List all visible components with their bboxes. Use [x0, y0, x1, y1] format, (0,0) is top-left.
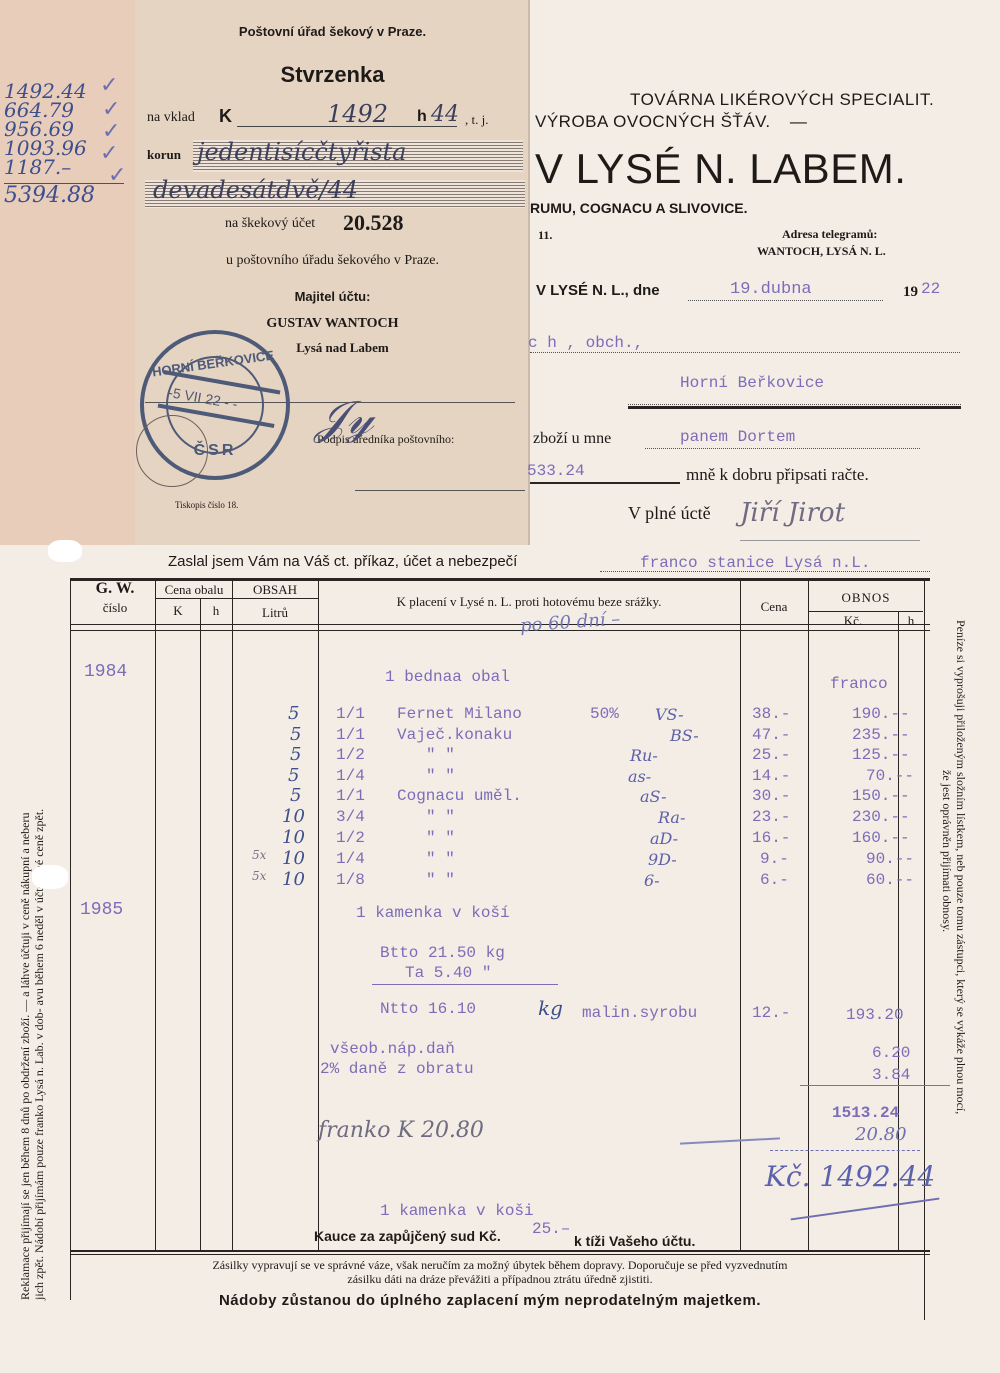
- item-prefix: 5x: [252, 869, 266, 883]
- item-note: 50%: [590, 705, 619, 723]
- item-price: 6.-: [760, 871, 789, 889]
- sender-signature: Jiří Jirot: [740, 498, 845, 528]
- letterhead-line2: VÝROBA OVOCNÝCH ŠŤÁV. —: [535, 112, 807, 132]
- item-name: Cognacu uměl.: [397, 787, 522, 805]
- item-total: 125.--: [852, 746, 910, 764]
- net-item: malin.syrobu: [582, 1004, 697, 1022]
- letterhead-city: V LYSÉ N. LABEM.: [535, 145, 906, 193]
- net-weight: Ntto 16.10: [380, 1000, 476, 1018]
- checkmark-icon: ✓: [100, 72, 118, 98]
- credit-text: mně k dobru připsati račte.: [686, 465, 869, 485]
- item-price: 9.-: [760, 850, 789, 868]
- torn-hole: [48, 540, 82, 562]
- checkmark-icon: ✓: [108, 162, 126, 188]
- recipient-field-2: [628, 404, 961, 409]
- item-total: 190.--: [852, 705, 910, 723]
- table-row: 10 3/4 " " Ra- 23.- 230.--: [0, 808, 1000, 828]
- item-price: 23.-: [752, 808, 790, 826]
- header-gw-sub: číslo: [80, 600, 150, 616]
- footer-line2: zásilku dáti na dráze převážiti a případ…: [70, 1272, 930, 1287]
- item-code: BS-: [670, 726, 699, 745]
- group-description: 1 kamenka v koší: [356, 904, 510, 922]
- item-total: 160.--: [852, 829, 910, 847]
- office-line: u poštovního úřadu šekového v Praze.: [135, 253, 530, 269]
- item-qty: 5: [288, 765, 299, 786]
- header-amount: OBNOS: [808, 590, 924, 606]
- invoice-document: 1492.44 664.79 956.69 1093.96 1187.– 539…: [0, 0, 1000, 1373]
- deposit-value: 25.–: [532, 1220, 570, 1238]
- side-left-text: Reklamace přijímají se jen během 8 dnů p…: [18, 570, 46, 1300]
- final-underline: [791, 1198, 940, 1221]
- tax-label: 2% daně z obratu: [320, 1060, 474, 1078]
- table-bottom-border-2: [70, 1254, 930, 1255]
- item-code: Ru-: [630, 746, 658, 765]
- item-code: aD-: [650, 829, 678, 848]
- deposit-line: na vklad K 1492 h 44 , t. j.: [147, 104, 527, 132]
- item-name: " ": [426, 767, 455, 785]
- tax-value: 6.20: [872, 1044, 910, 1062]
- owner-name: GUSTAV WANTOCH: [135, 316, 530, 332]
- final-amount: Kč. 1492.44: [765, 1160, 935, 1193]
- year-prefix: 19: [903, 284, 918, 301]
- net-total: 193.20: [846, 1006, 904, 1024]
- table-top-border: [70, 578, 930, 581]
- letterhead-line2-text: VÝROBA OVOCNÝCH ŠŤÁV.: [535, 112, 771, 131]
- shipping-value: franco stanice Lysá n.L.: [640, 554, 870, 572]
- header-gw: G. W.: [80, 580, 150, 598]
- korun-label: korun: [147, 147, 181, 163]
- amount-underline: [530, 482, 680, 484]
- header-packing-k: K: [156, 603, 200, 619]
- clerk-signature: 𝒥𝓎: [315, 390, 373, 446]
- k-label: K: [219, 106, 232, 127]
- account-label: na škekový účet: [225, 216, 315, 232]
- gross-weight: Btto 21.50 kg: [380, 944, 505, 962]
- place-label: V LYSÉ N. L., dne: [536, 282, 660, 299]
- tax-label: všeob.náp.daň: [330, 1040, 455, 1058]
- tax-underline: [800, 1085, 950, 1086]
- h-value: 44: [431, 102, 459, 127]
- item-qty: 5: [290, 744, 301, 765]
- item-size: 1/8: [336, 871, 365, 889]
- account-number: 20.528: [343, 210, 404, 236]
- header-divider: [70, 624, 930, 625]
- item-size: 1/1: [336, 726, 365, 744]
- gw-number: 1984: [84, 662, 127, 682]
- item-code: Ra-: [658, 808, 685, 827]
- item-prefix: 5x: [252, 848, 266, 862]
- letterhead-line1: TOVÁRNA LIKÉROVÝCH SPECIALIT.: [630, 90, 934, 110]
- year-suffix: 22: [921, 280, 940, 298]
- item-size: 3/4: [336, 808, 365, 826]
- item-name: " ": [426, 850, 455, 868]
- item-size: 1/1: [336, 787, 365, 805]
- header-description: K placení v Lysé n. L. proti hotovému be…: [318, 594, 740, 610]
- group-amount: franco: [830, 675, 888, 693]
- item-name: " ": [426, 829, 455, 847]
- item-total: 230.--: [852, 808, 910, 826]
- recipient-line1: c h , obch.,: [528, 334, 643, 352]
- obnos-subdivider: [808, 611, 923, 612]
- item-size: 1/4: [336, 850, 365, 868]
- item-code: aS-: [640, 787, 667, 806]
- group-description: 1 bednaa obal: [385, 668, 510, 686]
- deduction-line: [770, 1150, 920, 1151]
- recipient-field-1: [530, 352, 960, 353]
- footer-line3: Nádoby zůstanou do úplného zaplacení mým…: [60, 1292, 920, 1309]
- item-name: Vaječ.konaku: [397, 726, 512, 744]
- tare-weight: Ta 5.40 ": [405, 964, 491, 982]
- table-row: 5x 10 1/8 " " 6- 6.- 60.--: [0, 871, 1000, 891]
- stamp-impression: [136, 415, 208, 487]
- item-name: Fernet Milano: [397, 705, 522, 723]
- table-row: 10 1/2 " " aD- 16.- 160.--: [0, 829, 1000, 849]
- item-price: 25.-: [752, 746, 790, 764]
- signature-line: [355, 490, 525, 491]
- deposit-item: 1 kamenka v koši: [380, 1202, 534, 1220]
- side-right-line2: že jest oprávněn přijímati obnosy.: [940, 620, 954, 1310]
- payment-term-note: po 60 dní –: [519, 609, 621, 637]
- item-price: 47.-: [752, 726, 790, 744]
- letterhead-dash: —: [790, 112, 808, 131]
- item-qty: 10: [282, 827, 305, 848]
- item-total: 150.--: [852, 787, 910, 805]
- h-label: h: [417, 108, 427, 126]
- side-left-line2: jich zpět. Nádobí přijímám pouze franko …: [32, 570, 46, 1300]
- col-divider: [808, 580, 809, 1252]
- table-row: 5x 10 1/4 " " 9D- 9.- 90.--: [0, 850, 1000, 870]
- item-code: VS-: [655, 705, 684, 724]
- k-value: 1492: [327, 100, 388, 128]
- item-size: 1/2: [336, 829, 365, 847]
- item-qty: 5: [290, 724, 301, 745]
- gw-number: 1985: [80, 900, 123, 920]
- goods-label: zboží u mne: [533, 430, 611, 448]
- deposit-suffix: k tíži Vašeho účtu.: [574, 1233, 695, 1249]
- invoice-amount: 533.24: [527, 462, 585, 480]
- item-code: as-: [628, 767, 651, 786]
- side-right-text: Peníze si vyprošuji přiloženým složním l…: [940, 620, 968, 1310]
- side-left-rule: [70, 580, 71, 1300]
- telegram-label: Adresa telegramů:: [782, 227, 877, 242]
- item-total: 60.--: [866, 871, 914, 889]
- table-bottom-border: [70, 1250, 930, 1252]
- subtotal: 1513.24: [832, 1104, 899, 1122]
- tax-value: 3.84: [872, 1066, 910, 1084]
- item-size: 1/2: [336, 746, 365, 764]
- side-left-line1: Reklamace přijímají se jen během 8 dnů p…: [18, 570, 32, 1300]
- amount-words-2: devadesátdvě/44: [153, 176, 358, 204]
- net-price: 12.-: [752, 1004, 790, 1022]
- item-price: 30.-: [752, 787, 790, 805]
- col-divider: [318, 580, 319, 1252]
- side-right-line1: Peníze si vyprošuji přiloženým složním l…: [954, 620, 968, 1310]
- deposit-label: na vklad: [147, 110, 195, 126]
- deposit-label: Kauce za zapůjčený sud Kč.: [314, 1228, 501, 1244]
- item-qty: 5: [290, 785, 301, 806]
- item-price: 14.-: [752, 767, 790, 785]
- letterhead-products: RUMU, COGNACU A SLIVOVICE.: [530, 200, 748, 216]
- header-divider-2: [70, 630, 930, 631]
- receipt-office: Poštovní úřad šekový v Praze.: [135, 24, 530, 39]
- shipping-label: Zaslal jsem Vám na Váš ct. příkaz, účet …: [168, 553, 517, 570]
- date-value: 19.dubna: [730, 280, 812, 299]
- table-row: 5 1/1 Fernet Milano 50% VS- 38.- 190.--: [0, 705, 1000, 725]
- margin-calculation: 1492.44 664.79 956.69 1093.96 1187.– 539…: [4, 82, 114, 205]
- goods-field: [645, 448, 920, 449]
- col-divider: [924, 580, 925, 1320]
- item-price: 38.-: [752, 705, 790, 723]
- net-unit: kg: [538, 996, 563, 1020]
- signature-underline: [740, 540, 920, 541]
- item-qty: 10: [282, 806, 305, 827]
- item-qty: 10: [282, 869, 305, 890]
- header-amount-kc: Kč.: [808, 613, 898, 629]
- header-price: Cena: [740, 599, 808, 615]
- regards: V plné úctě: [628, 503, 711, 524]
- goods-by: panem Dortem: [680, 428, 795, 446]
- table-row: 5 1/1 Cognacu uměl. aS- 30.- 150.--: [0, 787, 1000, 807]
- item-code: 6-: [644, 871, 660, 890]
- item-price: 16.-: [752, 829, 790, 847]
- item-total: 70.--: [866, 767, 914, 785]
- amount-words-1: jedentisícčtyřista: [197, 138, 406, 166]
- franco-stroke: [680, 1137, 780, 1144]
- item-name: " ": [426, 746, 455, 764]
- receipt-title: Stvrzenka: [135, 62, 530, 88]
- col-divider: [155, 580, 156, 1252]
- col-divider: [200, 598, 201, 1252]
- date-field: [688, 300, 883, 301]
- torn-hole: [32, 865, 68, 889]
- franco-note: franko K 20.80: [318, 1118, 484, 1143]
- footer-line1: Zásilky vypravují se ve správné váze, vš…: [70, 1258, 930, 1273]
- item-total: 90.--: [866, 850, 914, 868]
- packing-subdivider: [156, 598, 318, 599]
- item-qty: 5: [288, 703, 299, 724]
- weight-underline: [372, 984, 558, 985]
- item-size: 1/4: [336, 767, 365, 785]
- item-size: 1/1: [336, 705, 365, 723]
- item-name: " ": [426, 871, 455, 889]
- table-row: 5 1/4 " " as- 14.- 70.--: [0, 767, 1000, 787]
- tj-label: , t. j.: [465, 112, 488, 128]
- place-text: V LYSÉ N. L., dne: [536, 282, 660, 299]
- recipient-city: Horní Beřkovice: [680, 374, 824, 392]
- header-packing: Cena obalu: [156, 582, 232, 598]
- col-divider: [232, 580, 233, 1252]
- item-total: 235.--: [852, 726, 910, 744]
- header-amount-h: h: [898, 613, 924, 629]
- header-content-sub: Litrů: [232, 605, 318, 621]
- owner-label: Majitel účtu:: [135, 289, 530, 304]
- letterhead-phone: 11.: [538, 228, 552, 243]
- telegram-value: WANTOCH, LYSÁ N. L.: [757, 244, 886, 259]
- item-code: 9D-: [648, 850, 677, 869]
- deduction: 20.80: [855, 1124, 907, 1145]
- col-divider: [740, 580, 741, 1252]
- item-qty: 10: [282, 848, 305, 869]
- table-row: 5 1/1 Vaječ.konaku BS- 47.- 235.--: [0, 726, 1000, 746]
- calc-value: 1187.–: [4, 158, 114, 177]
- calc-total: 5394.88: [4, 183, 124, 205]
- table-row: 5 1/2 " " Ru- 25.- 125.--: [0, 746, 1000, 766]
- item-name: " ": [426, 808, 455, 826]
- header-content: OBSAH: [232, 582, 318, 598]
- header-packing-h: h: [200, 603, 232, 619]
- form-number: Tiskopis číslo 18.: [175, 500, 238, 510]
